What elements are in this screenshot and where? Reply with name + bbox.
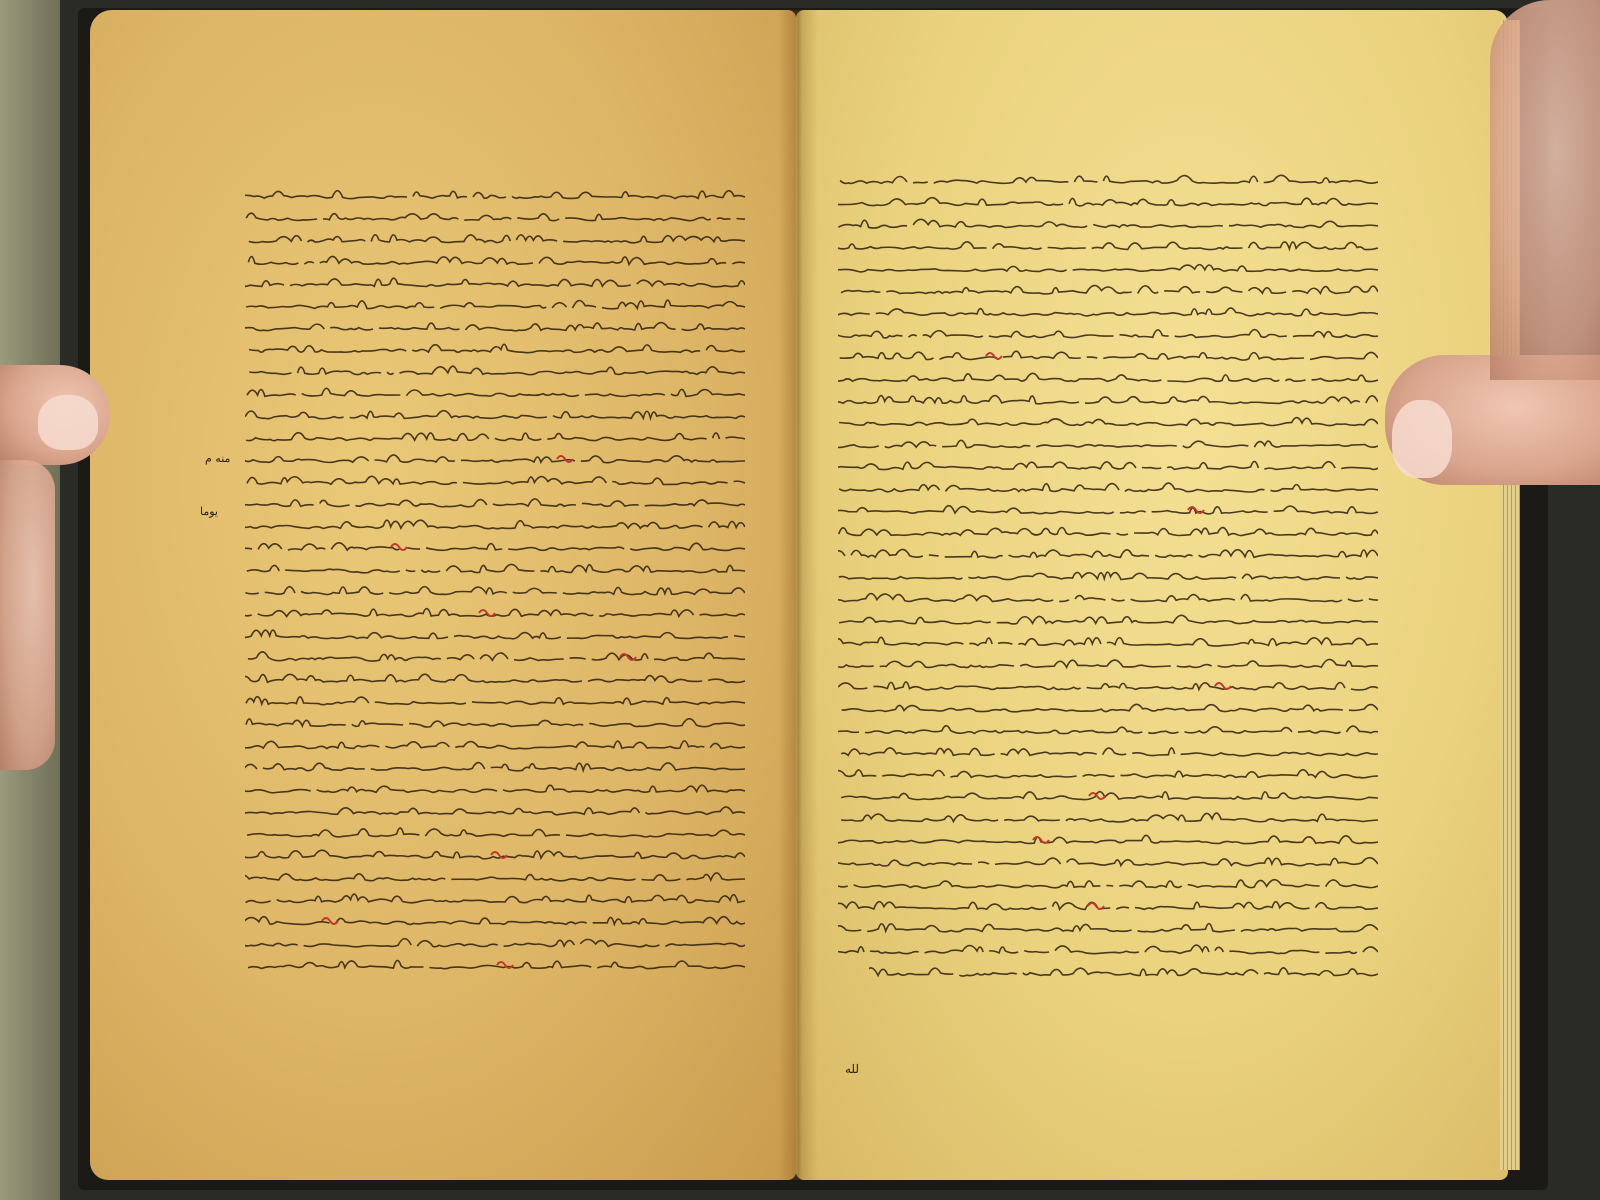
manuscript-line	[838, 896, 1378, 918]
manuscript-line	[245, 229, 745, 251]
manuscript-line	[245, 801, 745, 823]
manuscript-line	[245, 317, 745, 339]
manuscript-line	[838, 214, 1378, 236]
manuscript-line	[245, 603, 745, 625]
manuscript-line	[838, 258, 1378, 280]
manuscript-line	[838, 390, 1378, 412]
manuscript-line	[838, 434, 1378, 456]
manuscript-line	[838, 346, 1378, 368]
manuscript-line	[245, 933, 745, 955]
manuscript-line	[838, 720, 1378, 742]
manuscript-line	[838, 302, 1378, 324]
manuscript-line	[245, 625, 745, 647]
manuscript-line	[838, 588, 1378, 610]
manuscript-line	[245, 449, 745, 471]
manuscript-line	[838, 940, 1378, 962]
manuscript-line	[838, 962, 1378, 984]
manuscript-line	[838, 830, 1378, 852]
manuscript-line	[838, 170, 1378, 192]
manuscript-line	[838, 676, 1378, 698]
manuscript-line	[245, 713, 745, 735]
manuscript-line	[838, 280, 1378, 302]
manuscript-line	[838, 610, 1378, 632]
manuscript-line	[245, 273, 745, 295]
manuscript-line	[245, 581, 745, 603]
manuscript-line	[245, 691, 745, 713]
manuscript-line	[245, 823, 745, 845]
left-fingers	[0, 460, 55, 770]
background-handwritten-note	[0, 0, 40, 300]
manuscript-line	[838, 852, 1378, 874]
manuscript-line	[838, 654, 1378, 676]
manuscript-line	[838, 456, 1378, 478]
manuscript-line	[838, 808, 1378, 830]
manuscript-line	[245, 735, 745, 757]
manuscript-line	[838, 742, 1378, 764]
manuscript-line	[838, 918, 1378, 940]
manuscript-line	[245, 669, 745, 691]
manuscript-line	[245, 295, 745, 317]
manuscript-line	[245, 471, 745, 493]
manuscript-line	[838, 368, 1378, 390]
manuscript-line	[245, 889, 745, 911]
manuscript-line	[838, 544, 1378, 566]
manuscript-line	[245, 779, 745, 801]
book-gutter	[778, 10, 818, 1180]
manuscript-line	[245, 911, 745, 933]
right-thumb-nail	[1392, 400, 1452, 478]
manuscript-line	[838, 566, 1378, 588]
manuscript-line	[838, 478, 1378, 500]
manuscript-line	[838, 786, 1378, 808]
right-palm	[1490, 0, 1600, 380]
manuscript-line	[245, 647, 745, 669]
manuscript-line	[838, 412, 1378, 434]
margin-note: يوما	[200, 505, 218, 518]
manuscript-line	[838, 236, 1378, 258]
manuscript-line	[245, 361, 745, 383]
manuscript-line	[838, 874, 1378, 896]
manuscript-line	[838, 500, 1378, 522]
manuscript-line	[245, 757, 745, 779]
manuscript-line	[245, 251, 745, 273]
manuscript-line	[245, 405, 745, 427]
right-page-text	[838, 170, 1378, 984]
manuscript-line	[838, 192, 1378, 214]
manuscript-line	[245, 559, 745, 581]
manuscript-line	[838, 324, 1378, 346]
left-page-text	[245, 185, 745, 977]
manuscript-line	[245, 339, 745, 361]
manuscript-line	[838, 698, 1378, 720]
manuscript-line	[838, 632, 1378, 654]
manuscript-line	[245, 845, 745, 867]
manuscript-line	[245, 493, 745, 515]
manuscript-line	[245, 955, 745, 977]
manuscript-line	[245, 383, 745, 405]
manuscript-line	[245, 427, 745, 449]
manuscript-line	[838, 522, 1378, 544]
left-thumb-nail	[38, 395, 98, 450]
margin-note: منه م	[205, 452, 230, 465]
manuscript-line	[245, 515, 745, 537]
folio-mark: لله	[845, 1062, 859, 1076]
manuscript-line	[245, 867, 745, 889]
manuscript-line	[245, 185, 745, 207]
manuscript-line	[245, 207, 745, 229]
manuscript-line	[838, 764, 1378, 786]
manuscript-line	[245, 537, 745, 559]
